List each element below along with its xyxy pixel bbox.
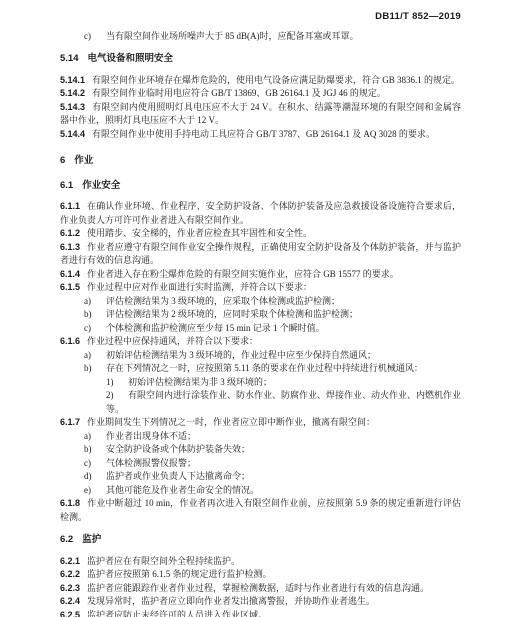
list-item: b)评估检测结果为 2 级环境的，应同时采取个体检测和监护检测； — [84, 308, 461, 322]
list-item-label: d) — [84, 470, 99, 484]
standard-number: DB11/T 852—2019 — [375, 11, 461, 22]
list-item: a)评估检测结果为 3 级环境的，应采取个体检测或监护检测； — [84, 295, 461, 309]
sublist-item: 1)初始评估检测结果为非 3 级环境的； — [106, 376, 461, 390]
list-item-label: a) — [84, 349, 99, 363]
clause-number: 6.1 — [60, 180, 73, 191]
clause-text: 评估检测结果为 2 级环境的，应同时采取个体检测和监护检测； — [106, 309, 358, 319]
clause-number: 6.2.1 — [60, 556, 80, 566]
clause: 6.2.1监护者应在有限空间外全程持续监护。 — [60, 555, 461, 569]
list-item: b)安全防护设备或个体防护装备失效； — [84, 443, 461, 457]
clause-text: 当有限空间作业场所噪声大于 85 dB(A)时，应配备耳塞或耳罩。 — [106, 31, 359, 41]
list-item: c)当有限空间作业场所噪声大于 85 dB(A)时，应配备耳塞或耳罩。 — [84, 30, 461, 44]
clause-text: 个体检测和监护检测应至少每 15 min 记录 1 个瞬时值。 — [106, 323, 325, 333]
list-item: a)作业者出现身体不适； — [84, 430, 461, 444]
list-item: c)个体检测和监护检测应至少每 15 min 记录 1 个瞬时值。 — [84, 322, 461, 336]
subsection-heading: 6.1作业安全 — [60, 179, 461, 193]
clause: 6.1.7作业期间发生下列情况之一时，作业者应立即中断作业，撤离有限空间： — [60, 416, 461, 430]
clause-text: 监护者或作业负责人下达撤离命令； — [106, 471, 250, 481]
clause-text: 其他可能危及作业者生命安全的情况。 — [106, 485, 259, 495]
sublist-item: 2)有限空间内进行涂装作业、防水作业、防腐作业、焊接作业、动火作业、内燃机作业等… — [106, 389, 461, 416]
clause: 6.1.5作业过程中应对作业面进行实时监测，并符合以下要求： — [60, 281, 461, 295]
clause-text: 监护者应防止未经许可的人员进入作业区域。 — [87, 610, 267, 617]
clause: 6.1.6作业过程中应保持通风，并符合以下要求： — [60, 335, 461, 349]
clause-number: 6.2.2 — [60, 569, 80, 579]
clause-number: 6.1.6 — [60, 336, 80, 346]
clause-text: 作业期间发生下列情况之一时，作业者应立即中断作业，撤离有限空间： — [87, 417, 375, 427]
list-item-label: b) — [84, 308, 99, 322]
clause-text: 作业者出现身体不适； — [106, 431, 196, 441]
list-item: d)监护者或作业负责人下达撤离命令； — [84, 470, 461, 484]
clause-text: 作业者进入存在粉尘爆炸危险的有限空间实施作业，应符合 GB 15577 的要求。 — [87, 269, 399, 279]
clause-text: 有限空间作业临时用电应符合 GB/T 13869、GB 26164.1 及 JG… — [92, 88, 386, 98]
list-item-label: 1) — [106, 376, 121, 390]
clause-number: 6.1.4 — [60, 269, 80, 279]
clause-text: 作业中断超过 10 min，作业者再次进入有限空间作业前，应按照第 5.9 条的… — [60, 498, 461, 522]
clause-number: 6.2.3 — [60, 583, 80, 593]
clause-number: 5.14.3 — [60, 102, 85, 112]
list-item-label: a) — [84, 430, 99, 444]
clause: 5.14.1有限空间作业环境存在爆炸危险的，使用电气设备应满足防爆要求，符合 G… — [60, 74, 461, 88]
clause-text: 有限空间作业中使用手持电动工具应符合 GB/T 3787、GB 26164.1 … — [92, 129, 435, 139]
document-body: c)当有限空间作业场所噪声大于 85 dB(A)时，应配备耳塞或耳罩。5.14电… — [60, 30, 461, 617]
clause-number: 6.1.3 — [60, 242, 80, 252]
list-item-label: 2) — [106, 389, 121, 403]
clause-number: 6.1.5 — [60, 282, 80, 292]
subsection-heading: 6.2监护 — [60, 533, 461, 547]
document-page: DB11/T 852—2019 c)当有限空间作业场所噪声大于 85 dB(A)… — [0, 0, 507, 617]
clause: 6.1.1在确认作业环境、作业程序、安全防护设备、个体防护装备及应急救援设备设施… — [60, 200, 461, 227]
clause-text: 评估检测结果为 3 级环境的，应采取个体检测或监护检测； — [106, 296, 340, 306]
clause-text: 作业过程中应对作业面进行实时监测，并符合以下要求： — [87, 282, 312, 292]
clause: 5.14.4有限空间作业中使用手持电动工具应符合 GB/T 3787、GB 26… — [60, 128, 461, 142]
clause-text: 在确认作业环境、作业程序、安全防护设备、个体防护装备及应急救援设备设施符合要求后… — [60, 201, 461, 225]
heading-text: 作业 — [74, 155, 93, 166]
clause-text: 监护者应能跟踪作业者作业过程，掌握检测数据，适时与作业者进行有效的信息沟通。 — [87, 583, 429, 593]
clause: 6.2.2监护者应按照第 6.1.5 条的规定进行监护检测。 — [60, 568, 461, 582]
clause-text: 监护者应按照第 6.1.5 条的规定进行监护检测。 — [87, 569, 272, 579]
document-header: DB11/T 852—2019 — [60, 10, 461, 24]
list-item: a)初始评估检测结果为 3 级环境的，作业过程中应至少保持自然通风； — [84, 349, 461, 363]
clause-number: 6 — [60, 155, 65, 166]
subsection-heading: 5.14电气设备和照明安全 — [60, 52, 461, 66]
list-item: b)存在下列情况之一时，应按照第 5.11 条的要求在作业过程中持续进行机械通风… — [84, 362, 461, 376]
section-heading: 6作业 — [60, 154, 461, 168]
clause-number: 6.2 — [60, 534, 73, 545]
clause: 5.14.3有限空间内使用照明灯具电压应不大于 24 V。在积水、结露等潮湿环境… — [60, 101, 461, 128]
clause-number: 6.1.2 — [60, 228, 80, 238]
clause-text: 监护者应在有限空间外全程持续监护。 — [87, 556, 240, 566]
clause-text: 初始评估检测结果为 3 级环境的，作业过程中应至少保持自然通风； — [106, 350, 376, 360]
clause: 6.1.8作业中断超过 10 min，作业者再次进入有限空间作业前，应按照第 5… — [60, 497, 461, 524]
heading-text: 电气设备和照明安全 — [88, 53, 174, 64]
clause-number: 5.14.2 — [60, 88, 85, 98]
heading-text: 作业安全 — [82, 180, 120, 191]
clause-number: 5.14.1 — [60, 75, 85, 85]
clause: 6.2.3监护者应能跟踪作业者作业过程，掌握检测数据，适时与作业者进行有效的信息… — [60, 582, 461, 596]
clause-number: 5.14 — [60, 53, 79, 64]
clause: 6.2.5监护者应防止未经许可的人员进入作业区域。 — [60, 609, 461, 617]
clause-text: 作业过程中应保持通风，并符合以下要求： — [87, 336, 258, 346]
clause: 6.2.4发现异常时，监护者应立即向作业者发出撤离警报，并协助作业者逃生。 — [60, 595, 461, 609]
clause: 6.1.4作业者进入存在粉尘爆炸危险的有限空间实施作业，应符合 GB 15577… — [60, 268, 461, 282]
clause: 6.1.3作业者应遵守有限空间作业安全操作规程，正确使用安全防护设备及个体防护装… — [60, 241, 461, 268]
clause-number: 6.1.1 — [60, 201, 80, 211]
clause-text: 发现异常时，监护者应立即向作业者发出撤离警报，并协助作业者逃生。 — [87, 596, 375, 606]
list-item-label: c) — [84, 30, 99, 44]
clause-text: 初始评估检测结果为非 3 级环境的； — [128, 377, 272, 387]
clause-text: 有限空间内使用照明灯具电压应不大于 24 V。在积水、结露等潮湿环境的有限空间和… — [60, 102, 461, 126]
list-item: c)气体检测报警仪报警； — [84, 457, 461, 471]
clause-text: 气体检测报警仪报警； — [106, 458, 196, 468]
clause-text: 有限空间内进行涂装作业、防水作业、防腐作业、焊接作业、动火作业、内燃机作业等。 — [106, 390, 461, 414]
clause-text: 存在下列情况之一时，应按照第 5.11 条的要求在作业过程中持续进行机械通风： — [106, 363, 423, 373]
list-item: e)其他可能危及作业者生命安全的情况。 — [84, 484, 461, 498]
clause-number: 6.2.5 — [60, 610, 80, 617]
clause-text: 有限空间作业环境存在爆炸危险的，使用电气设备应满足防爆要求，符合 GB 3836… — [92, 75, 460, 85]
clause-text: 作业者应遵守有限空间作业安全操作规程，正确使用安全防护设备及个体防护装备，并与监… — [60, 242, 461, 266]
clause-number: 6.1.8 — [60, 498, 80, 508]
clause-text: 安全防护设备或个体防护装备失效； — [106, 444, 250, 454]
clause-number: 6.2.4 — [60, 596, 80, 606]
heading-text: 监护 — [82, 534, 101, 545]
clause-number: 6.1.7 — [60, 417, 80, 427]
clause: 6.1.2使用踏步、安全梯的，作业者应检查其牢固性和安全性。 — [60, 227, 461, 241]
clause: 5.14.2有限空间作业临时用电应符合 GB/T 13869、GB 26164.… — [60, 87, 461, 101]
list-item-label: e) — [84, 484, 99, 498]
clause-number: 5.14.4 — [60, 129, 85, 139]
list-item-label: c) — [84, 322, 99, 336]
list-item-label: a) — [84, 295, 99, 309]
list-item-label: b) — [84, 443, 99, 457]
list-item-label: b) — [84, 362, 99, 376]
list-item-label: c) — [84, 457, 99, 471]
clause-text: 使用踏步、安全梯的，作业者应检查其牢固性和安全性。 — [87, 228, 312, 238]
